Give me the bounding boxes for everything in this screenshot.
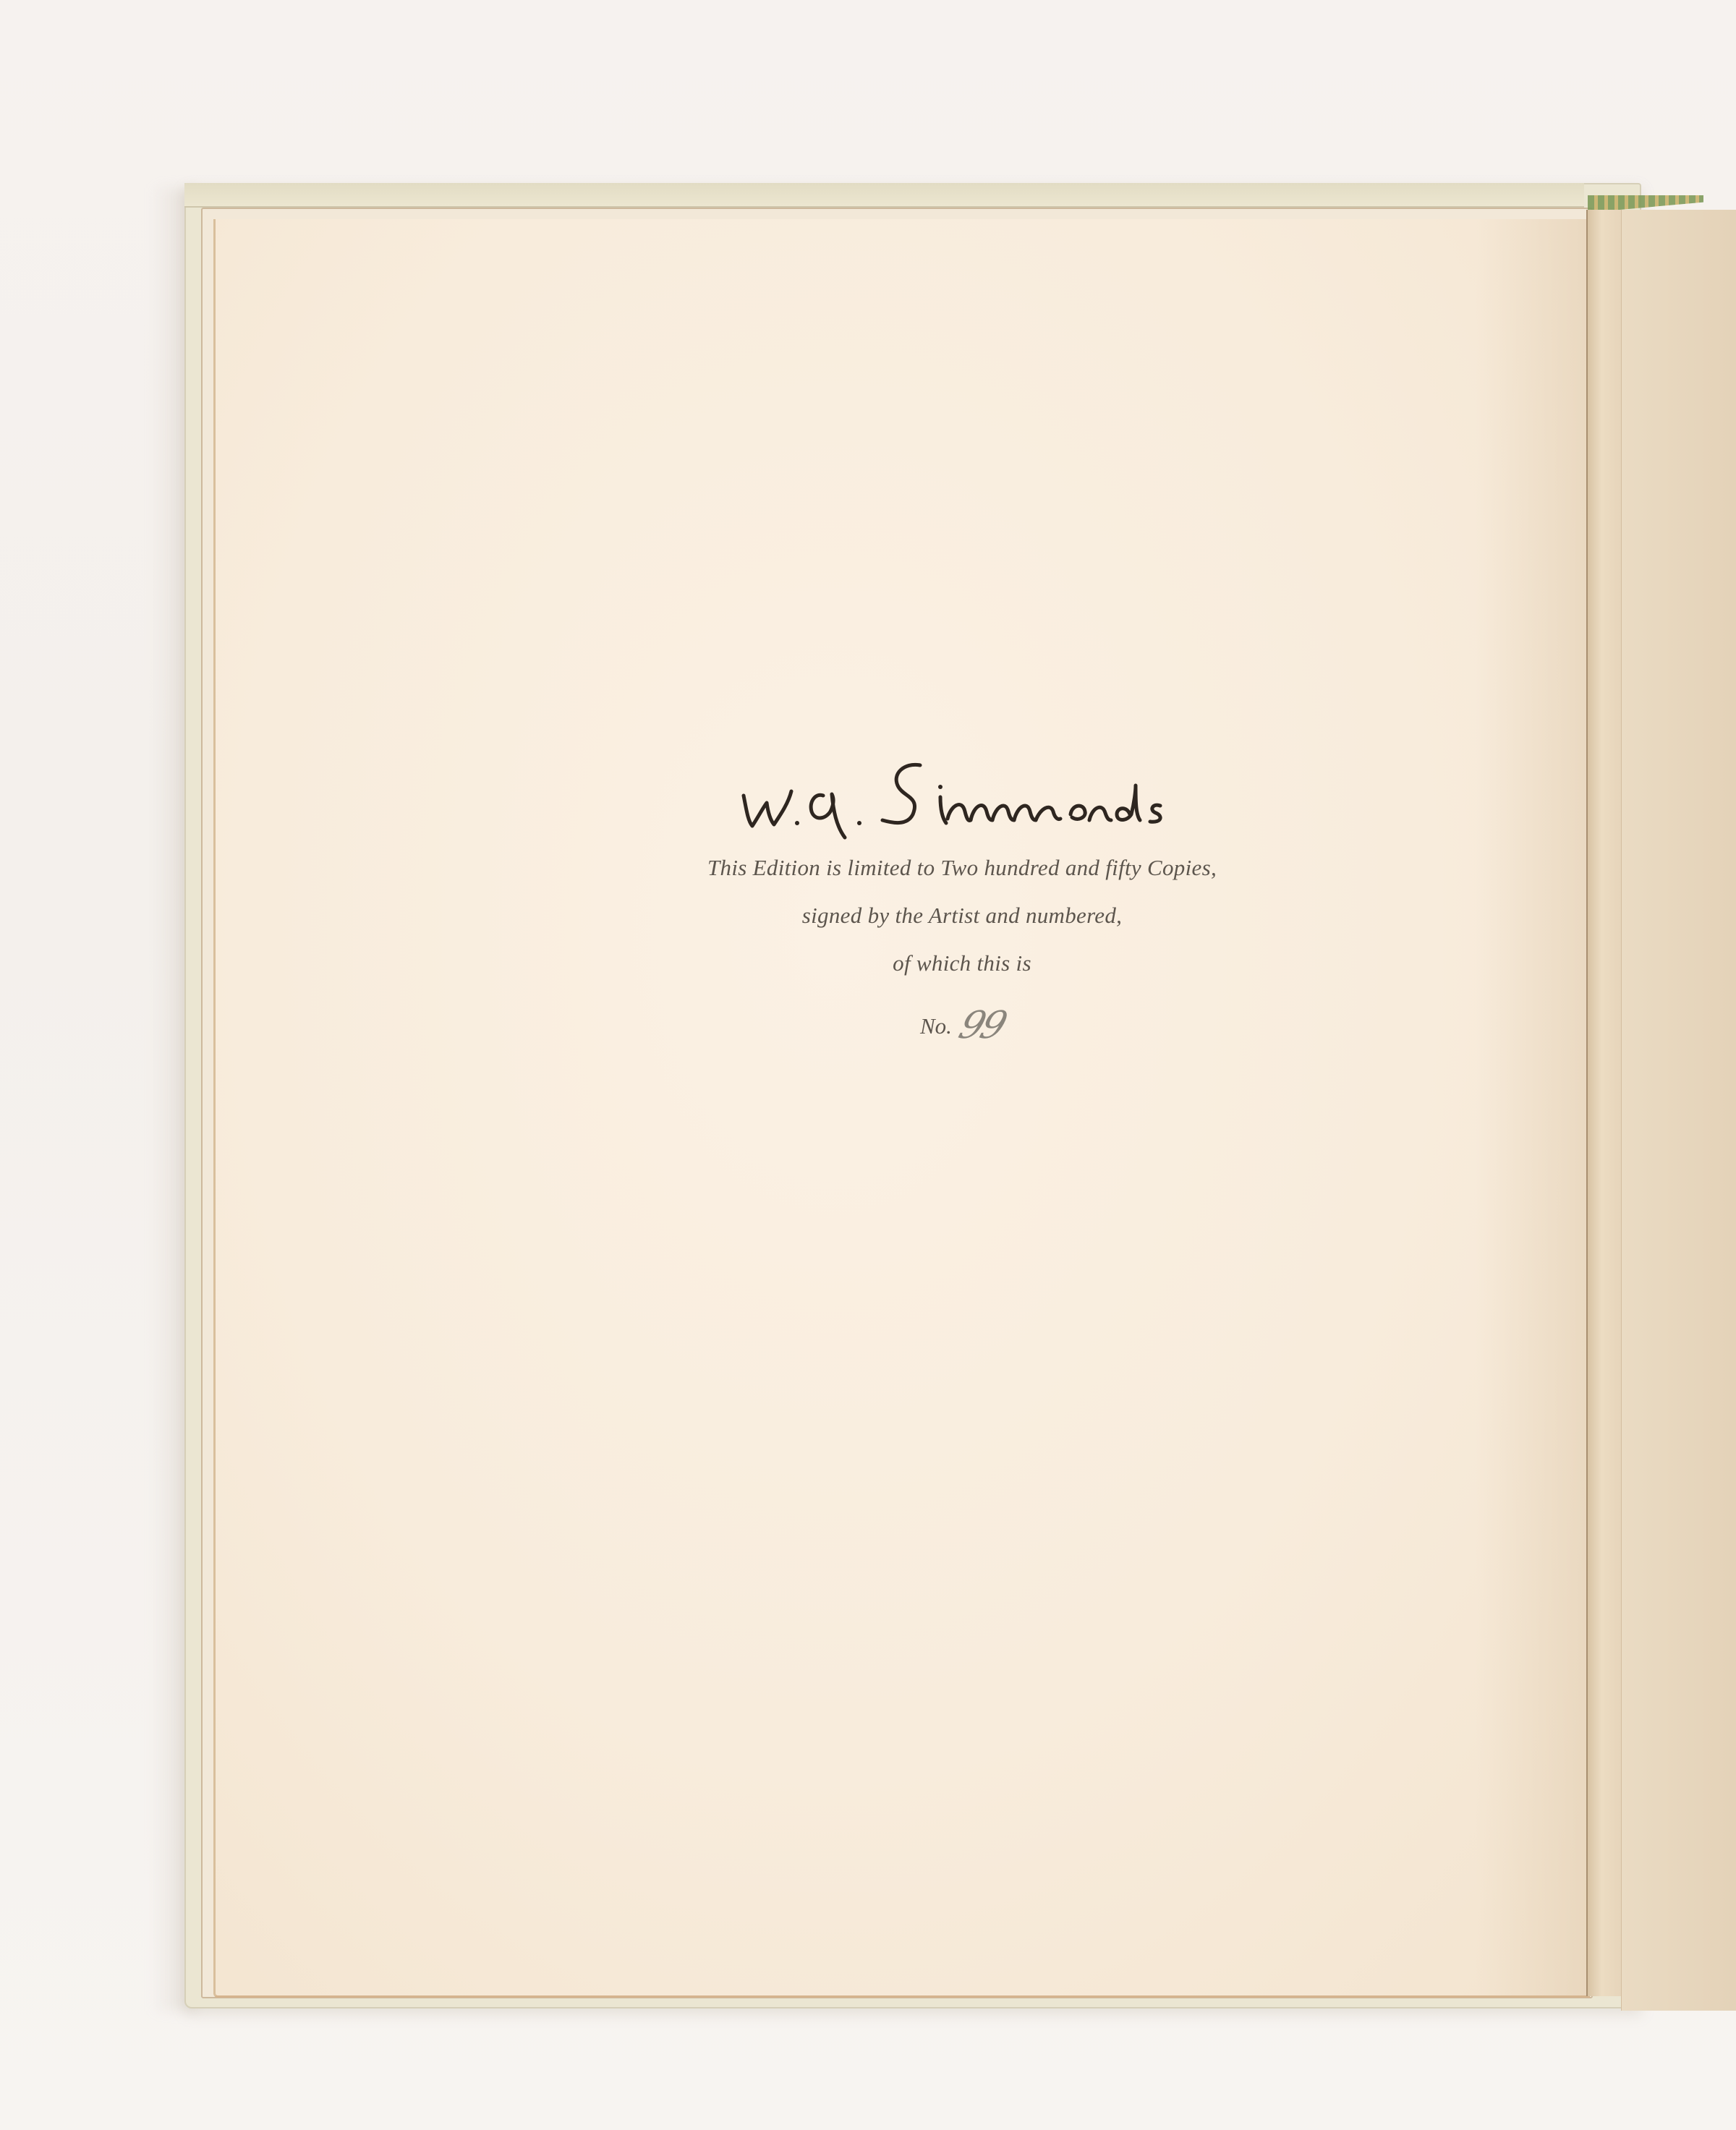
limitation-line-2: signed by the Artist and numbered, (506, 901, 1418, 930)
limitation-line-3: of which this is (506, 949, 1418, 978)
page-gutter-shade (1476, 219, 1588, 1995)
cover-turn-in (184, 183, 1584, 208)
facing-page[interactable] (1621, 210, 1736, 2011)
copy-number-label: No. (920, 1013, 952, 1039)
limitation-line-1: This Edition is limited to Two hundred a… (506, 853, 1418, 882)
copy-number-value: 99 (953, 1004, 1010, 1047)
limitation-page (213, 219, 1590, 1998)
artist-signature (731, 745, 1193, 846)
book-gutter (1586, 210, 1622, 1996)
limitation-statement: This Edition is limited to Two hundred a… (506, 745, 1418, 1043)
copy-number: No.99 (506, 1000, 1418, 1043)
